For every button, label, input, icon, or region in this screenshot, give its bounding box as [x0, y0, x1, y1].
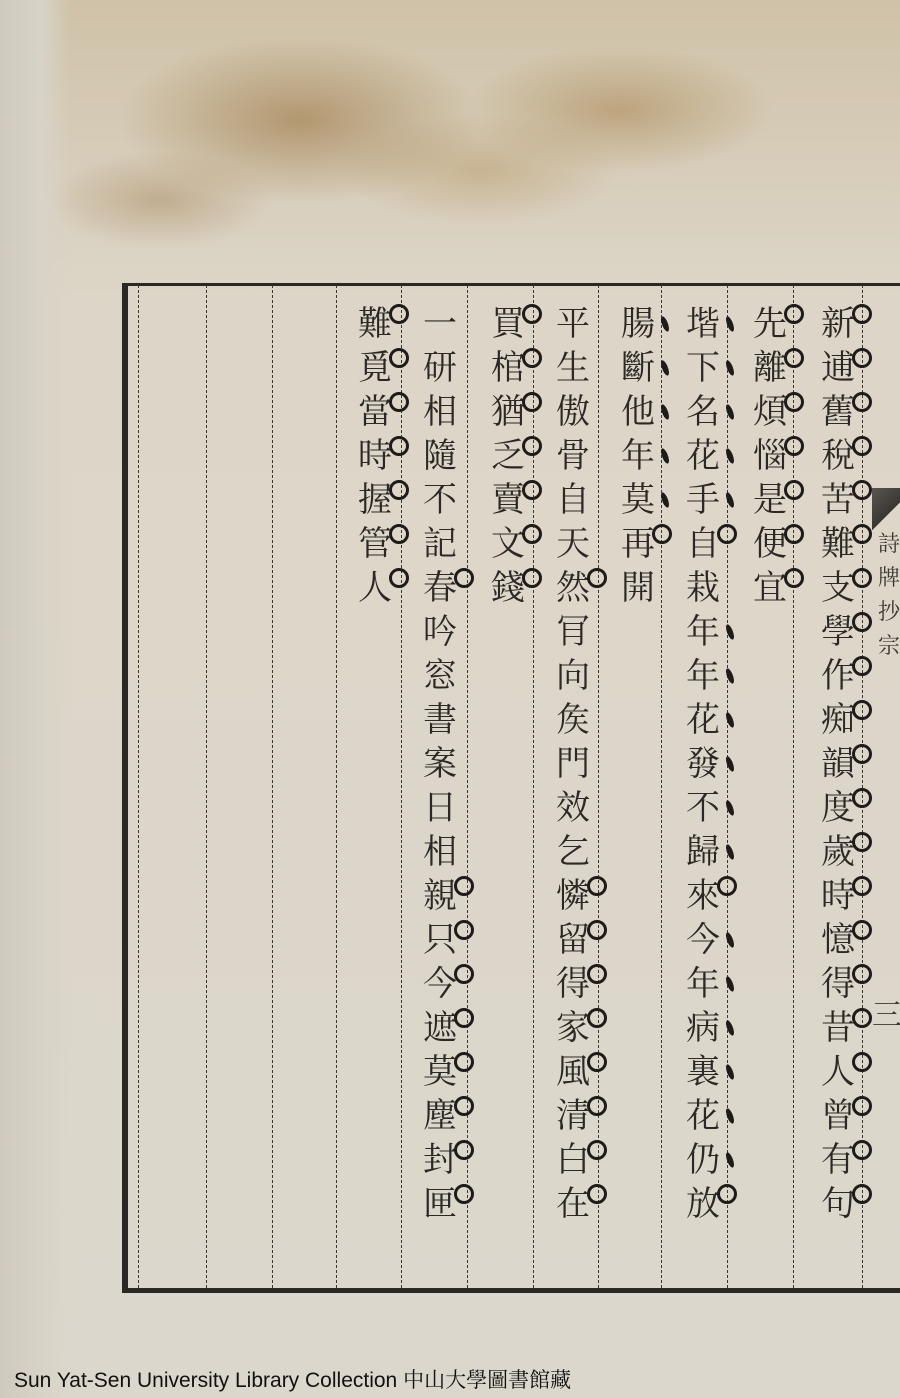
character: 案 — [423, 742, 457, 786]
character: 昔 — [821, 1006, 855, 1050]
character-cell: 惱 — [750, 434, 790, 478]
circle-annotation-icon — [852, 436, 872, 456]
character: 相 — [423, 390, 457, 434]
character: 逋 — [821, 346, 855, 390]
character: 年 — [686, 654, 720, 698]
circle-annotation-icon — [784, 568, 804, 588]
circle-annotation-icon — [852, 612, 872, 632]
character-cell: 肎 — [553, 610, 593, 654]
character-cell: 覓 — [355, 346, 395, 390]
character-cell: 向 — [553, 654, 593, 698]
text-column: 一研相隨不記春吟窓書案日相親只今遮莫塵封匣 — [420, 302, 460, 1226]
character-cell: 病 — [683, 1006, 723, 1050]
character-cell: 窓 — [420, 654, 460, 698]
character-cell: 不 — [420, 478, 460, 522]
character-cell: 日 — [420, 786, 460, 830]
character: 花 — [686, 434, 720, 478]
character: 苦 — [821, 478, 855, 522]
character-cell: 他 — [618, 390, 658, 434]
character-cell: 錢 — [488, 566, 528, 610]
character: 研 — [423, 346, 457, 390]
character-cell: 栽 — [683, 566, 723, 610]
character-cell: 來 — [683, 874, 723, 918]
character-cell: 離 — [750, 346, 790, 390]
character: 傲 — [556, 390, 590, 434]
character: 新 — [821, 302, 855, 346]
character: 再 — [621, 522, 655, 566]
page-binding-edge — [0, 0, 70, 1398]
character: 棺 — [491, 346, 525, 390]
character: 書 — [423, 698, 457, 742]
circle-annotation-icon — [454, 1140, 474, 1160]
character: 韻 — [821, 742, 855, 786]
character: 賣 — [491, 478, 525, 522]
circle-annotation-icon — [784, 348, 804, 368]
character: 錢 — [491, 566, 525, 610]
text-column: 平生傲骨自天然肎向矦門效乞憐留得家風清白在 — [553, 302, 593, 1226]
character: 肎 — [556, 610, 590, 654]
character-cell: 痴 — [818, 698, 858, 742]
character: 開 — [621, 566, 655, 610]
text-column: 堦下名花手自栽年年花發不歸來今年病裏花仍放 — [683, 302, 723, 1226]
circle-annotation-icon — [587, 1096, 607, 1116]
character-cell: 不 — [683, 786, 723, 830]
character-cell: 遮 — [420, 1006, 460, 1050]
circle-annotation-icon — [389, 480, 409, 500]
character-cell: 得 — [818, 962, 858, 1006]
circle-annotation-icon — [852, 744, 872, 764]
column-rule — [661, 285, 662, 1288]
circle-annotation-icon — [784, 392, 804, 412]
character: 猶 — [491, 390, 525, 434]
character: 先 — [753, 302, 787, 346]
circle-annotation-icon — [784, 524, 804, 544]
character-cell: 憐 — [553, 874, 593, 918]
circle-annotation-icon — [784, 436, 804, 456]
margin-char: 抄 — [878, 596, 900, 630]
character-cell: 韻 — [818, 742, 858, 786]
character: 握 — [358, 478, 392, 522]
circle-annotation-icon — [852, 1096, 872, 1116]
character: 日 — [423, 786, 457, 830]
margin-char: 宗 — [878, 630, 900, 664]
circle-annotation-icon — [852, 1052, 872, 1072]
character-cell: 相 — [420, 830, 460, 874]
character: 斷 — [621, 346, 655, 390]
circle-annotation-icon — [454, 876, 474, 896]
character: 只 — [423, 918, 457, 962]
character-cell: 風 — [553, 1050, 593, 1094]
circle-annotation-icon — [587, 1052, 607, 1072]
circle-annotation-icon — [852, 700, 872, 720]
character-cell: 時 — [818, 874, 858, 918]
character-cell: 莫 — [420, 1050, 460, 1094]
character: 然 — [556, 566, 590, 610]
character: 作 — [821, 654, 855, 698]
character-cell: 研 — [420, 346, 460, 390]
character-cell: 支 — [818, 566, 858, 610]
character: 憶 — [821, 918, 855, 962]
circle-annotation-icon — [852, 1140, 872, 1160]
character: 仍 — [686, 1138, 720, 1182]
character: 他 — [621, 390, 655, 434]
character-cell: 得 — [553, 962, 593, 1006]
character-cell: 生 — [553, 346, 593, 390]
circle-annotation-icon — [717, 876, 737, 896]
circle-annotation-icon — [454, 1052, 474, 1072]
character-cell: 在 — [553, 1182, 593, 1226]
circle-annotation-icon — [454, 964, 474, 984]
character-cell: 手 — [683, 478, 723, 522]
text-column: 難覓當時握管人 — [355, 302, 395, 610]
circle-annotation-icon — [784, 480, 804, 500]
character-cell: 再 — [618, 522, 658, 566]
character-cell: 難 — [818, 522, 858, 566]
character-cell: 平 — [553, 302, 593, 346]
character-cell: 時 — [355, 434, 395, 478]
character-cell: 記 — [420, 522, 460, 566]
circle-annotation-icon — [652, 524, 672, 544]
column-rule — [467, 285, 468, 1288]
character: 腸 — [621, 302, 655, 346]
character: 病 — [686, 1006, 720, 1050]
character: 歲 — [821, 830, 855, 874]
character: 莫 — [621, 478, 655, 522]
character: 難 — [358, 302, 392, 346]
circle-annotation-icon — [852, 524, 872, 544]
circle-annotation-icon — [852, 1008, 872, 1028]
character-cell: 裏 — [683, 1050, 723, 1094]
character-cell: 今 — [683, 918, 723, 962]
circle-annotation-icon — [454, 1008, 474, 1028]
collection-zh: 中山大學圖書館藏 — [403, 1368, 571, 1392]
character-cell: 堦 — [683, 302, 723, 346]
character: 煩 — [753, 390, 787, 434]
character-cell: 賣 — [488, 478, 528, 522]
circle-annotation-icon — [522, 524, 542, 544]
character-cell: 發 — [683, 742, 723, 786]
text-column: 腸斷他年莫再開 — [618, 302, 658, 610]
circle-annotation-icon — [389, 568, 409, 588]
character: 平 — [556, 302, 590, 346]
character: 手 — [686, 478, 720, 522]
character-cell: 隨 — [420, 434, 460, 478]
text-column: 先離煩惱是便宜 — [750, 302, 790, 610]
character-cell: 便 — [750, 522, 790, 566]
character: 度 — [821, 786, 855, 830]
character-cell: 然 — [553, 566, 593, 610]
character-cell: 年 — [683, 654, 723, 698]
character: 得 — [821, 962, 855, 1006]
character-cell: 舊 — [818, 390, 858, 434]
character: 歸 — [686, 830, 720, 874]
margin-title: 詩 牌 抄 宗 — [878, 528, 900, 664]
character-cell: 矦 — [553, 698, 593, 742]
circle-annotation-icon — [852, 348, 872, 368]
character-cell: 骨 — [553, 434, 593, 478]
circle-annotation-icon — [454, 920, 474, 940]
character-cell: 案 — [420, 742, 460, 786]
circle-annotation-icon — [522, 568, 542, 588]
character-cell: 花 — [683, 434, 723, 478]
character-cell: 親 — [420, 874, 460, 918]
character: 天 — [556, 522, 590, 566]
circle-annotation-icon — [587, 964, 607, 984]
character-cell: 是 — [750, 478, 790, 522]
character-cell: 煩 — [750, 390, 790, 434]
circle-annotation-icon — [852, 964, 872, 984]
character: 記 — [423, 522, 457, 566]
collection-en: Sun Yat-Sen University Library Collectio… — [14, 1369, 397, 1392]
character: 花 — [686, 1094, 720, 1138]
character-cell: 家 — [553, 1006, 593, 1050]
character-cell: 封 — [420, 1138, 460, 1182]
character: 買 — [491, 302, 525, 346]
character: 發 — [686, 742, 720, 786]
character-cell: 花 — [683, 1094, 723, 1138]
collection-watermark: Sun Yat-Sen University Library Collectio… — [14, 1364, 571, 1394]
character-cell: 先 — [750, 302, 790, 346]
circle-annotation-icon — [522, 392, 542, 412]
character-cell: 莫 — [618, 478, 658, 522]
character-cell: 傲 — [553, 390, 593, 434]
character-cell: 相 — [420, 390, 460, 434]
character-cell: 難 — [355, 302, 395, 346]
character: 學 — [821, 610, 855, 654]
circle-annotation-icon — [587, 1184, 607, 1204]
character-cell: 吟 — [420, 610, 460, 654]
circle-annotation-icon — [522, 436, 542, 456]
character-cell: 匣 — [420, 1182, 460, 1226]
character: 來 — [686, 874, 720, 918]
character-cell: 人 — [355, 566, 395, 610]
character-cell: 新 — [818, 302, 858, 346]
character-cell: 效 — [553, 786, 593, 830]
character: 白 — [556, 1138, 590, 1182]
circle-annotation-icon — [587, 876, 607, 896]
circle-annotation-icon — [389, 348, 409, 368]
character-cell: 年 — [683, 610, 723, 654]
character-cell: 昔 — [818, 1006, 858, 1050]
character: 裏 — [686, 1050, 720, 1094]
character: 支 — [821, 566, 855, 610]
circle-annotation-icon — [587, 1140, 607, 1160]
book-page: 詩 牌 抄 宗 三 新逋舊稅苦難支學作痴韻度歲時憶得昔人曾有句先離煩惱是便宜堦下… — [0, 0, 900, 1398]
character: 乞 — [556, 830, 590, 874]
character-cell: 曾 — [818, 1094, 858, 1138]
character: 效 — [556, 786, 590, 830]
circle-annotation-icon — [389, 304, 409, 324]
character: 吟 — [423, 610, 457, 654]
character-cell: 天 — [553, 522, 593, 566]
circle-annotation-icon — [587, 568, 607, 588]
character: 在 — [556, 1182, 590, 1226]
character: 莫 — [423, 1050, 457, 1094]
character-cell: 宜 — [750, 566, 790, 610]
character-cell: 仍 — [683, 1138, 723, 1182]
character: 封 — [423, 1138, 457, 1182]
character-cell: 乞 — [553, 830, 593, 874]
column-rule — [206, 285, 207, 1288]
character: 家 — [556, 1006, 590, 1050]
character-cell: 有 — [818, 1138, 858, 1182]
character-cell: 逋 — [818, 346, 858, 390]
character-cell: 放 — [683, 1182, 723, 1226]
page-number: 三 — [872, 990, 900, 1034]
character-cell: 歲 — [818, 830, 858, 874]
character: 匣 — [423, 1182, 457, 1226]
fish-tail-marker — [872, 488, 900, 530]
character: 時 — [358, 434, 392, 478]
character: 自 — [686, 522, 720, 566]
character: 當 — [358, 390, 392, 434]
character-cell: 文 — [488, 522, 528, 566]
character: 年 — [621, 434, 655, 478]
circle-annotation-icon — [454, 1096, 474, 1116]
text-column: 新逋舊稅苦難支學作痴韻度歲時憶得昔人曾有句 — [818, 302, 858, 1226]
circle-annotation-icon — [852, 304, 872, 324]
character-cell: 留 — [553, 918, 593, 962]
character-cell: 白 — [553, 1138, 593, 1182]
circle-annotation-icon — [717, 524, 737, 544]
character-cell: 握 — [355, 478, 395, 522]
circle-annotation-icon — [717, 1184, 737, 1204]
character-cell: 憶 — [818, 918, 858, 962]
character: 有 — [821, 1138, 855, 1182]
character: 窓 — [423, 654, 457, 698]
character-cell: 歸 — [683, 830, 723, 874]
character: 離 — [753, 346, 787, 390]
column-rule — [138, 285, 139, 1288]
character-cell: 書 — [420, 698, 460, 742]
character-cell: 下 — [683, 346, 723, 390]
column-rule — [727, 285, 728, 1288]
circle-annotation-icon — [587, 920, 607, 940]
character-cell: 春 — [420, 566, 460, 610]
character: 塵 — [423, 1094, 457, 1138]
character: 親 — [423, 874, 457, 918]
character-cell: 乏 — [488, 434, 528, 478]
character-cell: 一 — [420, 302, 460, 346]
character-cell: 只 — [420, 918, 460, 962]
character: 今 — [423, 962, 457, 1006]
character: 留 — [556, 918, 590, 962]
circle-annotation-icon — [454, 1184, 474, 1204]
column-rule — [336, 285, 337, 1288]
column-rule — [272, 285, 273, 1288]
character-cell: 腸 — [618, 302, 658, 346]
circle-annotation-icon — [522, 480, 542, 500]
character: 自 — [556, 478, 590, 522]
character: 乏 — [491, 434, 525, 478]
circle-annotation-icon — [784, 304, 804, 324]
character: 句 — [821, 1182, 855, 1226]
circle-annotation-icon — [389, 524, 409, 544]
character-cell: 稅 — [818, 434, 858, 478]
character: 風 — [556, 1050, 590, 1094]
character: 覓 — [358, 346, 392, 390]
character: 向 — [556, 654, 590, 698]
character-cell: 自 — [553, 478, 593, 522]
character-cell: 年 — [618, 434, 658, 478]
character: 不 — [423, 478, 457, 522]
character-cell: 年 — [683, 962, 723, 1006]
character: 便 — [753, 522, 787, 566]
character: 稅 — [821, 434, 855, 478]
character: 管 — [358, 522, 392, 566]
character-cell: 門 — [553, 742, 593, 786]
character-cell: 管 — [355, 522, 395, 566]
character: 曾 — [821, 1094, 855, 1138]
circle-annotation-icon — [852, 392, 872, 412]
character: 堦 — [686, 302, 720, 346]
circle-annotation-icon — [852, 920, 872, 940]
circle-annotation-icon — [454, 568, 474, 588]
character-cell: 人 — [818, 1050, 858, 1094]
character: 痴 — [821, 698, 855, 742]
character: 今 — [686, 918, 720, 962]
character: 放 — [686, 1182, 720, 1226]
circle-annotation-icon — [852, 876, 872, 896]
character-cell: 句 — [818, 1182, 858, 1226]
character-cell: 作 — [818, 654, 858, 698]
character: 矦 — [556, 698, 590, 742]
character: 年 — [686, 962, 720, 1006]
character: 下 — [686, 346, 720, 390]
character-cell: 學 — [818, 610, 858, 654]
character: 隨 — [423, 434, 457, 478]
character: 惱 — [753, 434, 787, 478]
text-column: 買棺猶乏賣文錢 — [488, 302, 528, 610]
character: 舊 — [821, 390, 855, 434]
character-cell: 猶 — [488, 390, 528, 434]
character-cell: 度 — [818, 786, 858, 830]
character: 時 — [821, 874, 855, 918]
circle-annotation-icon — [852, 656, 872, 676]
character: 骨 — [556, 434, 590, 478]
circle-annotation-icon — [522, 304, 542, 324]
character-cell: 斷 — [618, 346, 658, 390]
character: 門 — [556, 742, 590, 786]
character-cell: 名 — [683, 390, 723, 434]
character: 春 — [423, 566, 457, 610]
circle-annotation-icon — [522, 348, 542, 368]
margin-char: 詩 — [878, 528, 900, 562]
circle-annotation-icon — [852, 480, 872, 500]
circle-annotation-icon — [852, 788, 872, 808]
character: 不 — [686, 786, 720, 830]
character-cell: 開 — [618, 566, 658, 610]
character-cell: 買 — [488, 302, 528, 346]
character-cell: 自 — [683, 522, 723, 566]
circle-annotation-icon — [389, 436, 409, 456]
character: 花 — [686, 698, 720, 742]
character: 遮 — [423, 1006, 457, 1050]
character: 相 — [423, 830, 457, 874]
character: 得 — [556, 962, 590, 1006]
character-cell: 棺 — [488, 346, 528, 390]
character: 生 — [556, 346, 590, 390]
character: 宜 — [753, 566, 787, 610]
character-cell: 清 — [553, 1094, 593, 1138]
character: 人 — [358, 566, 392, 610]
character: 一 — [423, 302, 457, 346]
character-cell: 今 — [420, 962, 460, 1006]
character: 文 — [491, 522, 525, 566]
margin-char: 牌 — [878, 562, 900, 596]
character: 年 — [686, 610, 720, 654]
column-rule — [598, 285, 599, 1288]
